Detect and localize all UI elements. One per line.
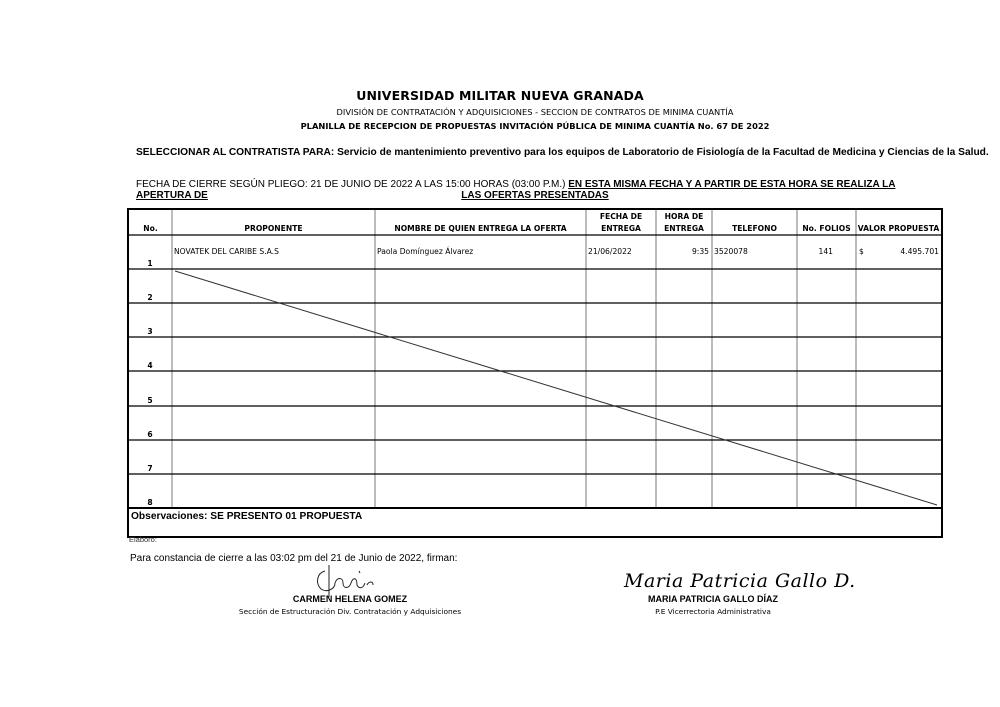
opening-notice-line2: LAS OFERTAS PRESENTADAS xyxy=(0,190,1000,201)
cancellation-line xyxy=(175,271,937,505)
signer-role: Sección de Estructuración Div. Contratac… xyxy=(225,607,475,616)
purpose-label: SELECCIONAR AL CONTRATISTA PARA: xyxy=(136,147,334,158)
row-number: 6 xyxy=(129,430,171,439)
column-header-entrega: NOMBRE DE QUIEN ENTREGA LA OFERTA xyxy=(375,211,586,235)
division-subtitle: DIVISIÓN DE CONTRATACIÓN Y ADQUISICIONES… xyxy=(0,107,1000,117)
cell-folios: 141 xyxy=(797,247,833,256)
cell-proponente: NOVATEK DEL CARIBE S.A.S xyxy=(174,247,279,256)
cell-fecha: 21/06/2022 xyxy=(588,247,632,256)
row-number: 1 xyxy=(129,259,171,268)
column-header-telefono: TELEFONO xyxy=(712,211,797,235)
signature-block-2: Maria Patricia Gallo D. MARIA PATRICIA G… xyxy=(600,570,860,625)
cell-valor: 4.495.701 xyxy=(856,247,939,256)
signer-name: MARIA PATRICIA GALLO DÍAZ xyxy=(600,594,826,604)
row-number: 2 xyxy=(129,293,171,302)
column-header-proponente: PROPONENTE xyxy=(172,211,375,235)
purpose-text: Servicio de mantenimiento preventivo par… xyxy=(337,147,989,158)
institution-title: UNIVERSIDAD MILITAR NUEVA GRANADA xyxy=(0,88,1000,103)
handwritten-signature: Maria Patricia Gallo D. xyxy=(624,570,856,592)
contract-purpose: SELECCIONAR AL CONTRATISTA PARA: Servici… xyxy=(136,147,989,158)
column-header-valor: VALOR PROPUESTA xyxy=(856,211,941,235)
proposals-table: No. PROPONENTE NOMBRE DE QUIEN ENTREGA L… xyxy=(127,208,943,538)
column-header-fecha: FECHA DE ENTREGA xyxy=(586,211,656,235)
cell-hora: 9:35 xyxy=(656,247,709,256)
signature-block-1: CARMEN HELENA GOMEZ Sección de Estructur… xyxy=(225,563,525,623)
row-number: 5 xyxy=(129,396,171,405)
row-number: 8 xyxy=(129,498,171,507)
cell-telefono: 3520078 xyxy=(714,247,748,256)
observations: Observaciones: SE PRESENTO 01 PROPUESTA xyxy=(131,511,362,522)
signer-name: CARMEN HELENA GOMEZ xyxy=(225,594,475,604)
cell-entrega: Paola Domínguez Álvarez xyxy=(377,247,473,256)
table-grid xyxy=(129,210,941,536)
signer-role: P.E Vicerrectoria Administrativa xyxy=(600,607,826,616)
form-title: PLANILLA DE RECEPCION DE PROPUESTAS INVI… xyxy=(0,121,1000,131)
row-number: 4 xyxy=(129,361,171,370)
row-number: 7 xyxy=(129,464,171,473)
closing-date-text: FECHA DE CIERRE SEGÚN PLIEGO: 21 DE JUNI… xyxy=(136,179,565,190)
column-header-hora: HORA DE ENTREGA xyxy=(656,211,712,235)
row-number: 3 xyxy=(129,327,171,336)
column-header-folios: No. FOLIOS xyxy=(797,211,856,235)
elaboro-label: Elaboro: xyxy=(129,535,157,544)
column-header-no: No. xyxy=(129,211,172,235)
